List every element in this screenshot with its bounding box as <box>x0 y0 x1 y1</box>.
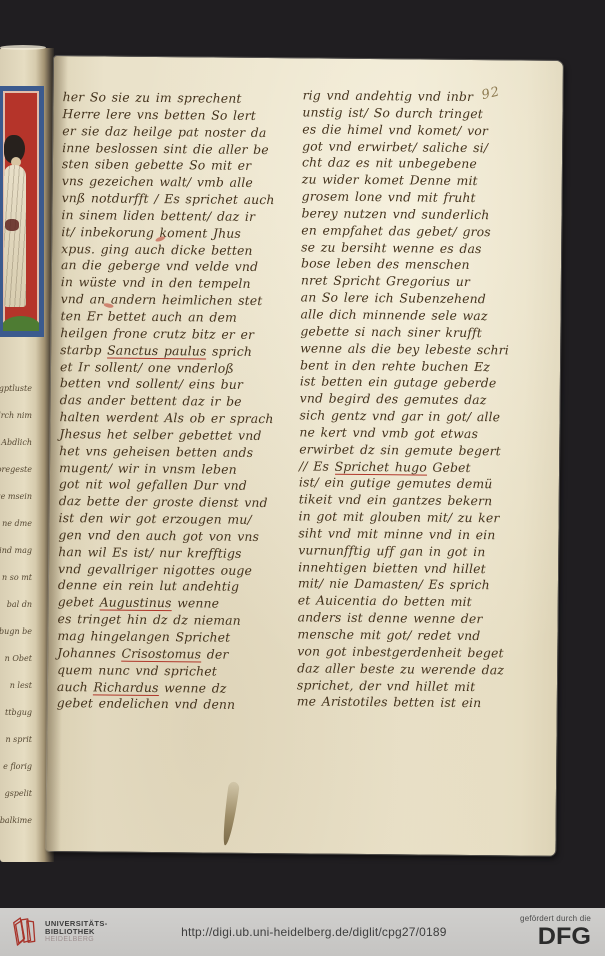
manuscript-line: zu wider komet Denne mit <box>302 172 528 191</box>
manuscript-scan-viewport: gptlustedrch nimAbdlichboregesteze msein… <box>0 0 605 956</box>
funding-block: gefördert durch die DFG <box>520 915 591 949</box>
manuscript-line: en empfahet das gebet/ gros <box>301 222 527 241</box>
manuscript-line: ten Er bettet auch an dem <box>60 308 298 327</box>
rubricated-name: Sprichet hugo <box>335 458 427 475</box>
manuscript-line: mag hingelangen Sprichet <box>57 628 295 647</box>
facing-page-fragment: bugn be <box>0 627 34 654</box>
manuscript-line: alle dich minnende sele waz <box>300 306 526 325</box>
rubricated-name: Richardus <box>93 679 158 696</box>
footer-bar: UNIVERSITÄTS- BIBLIOTHEK HEIDELBERG http… <box>0 908 605 956</box>
miniature-illumination <box>0 86 44 337</box>
library-books-icon <box>10 916 38 948</box>
manuscript-line: von got inbestgerdenheit beget <box>297 643 523 662</box>
library-name-line2: BIBLIOTHEK <box>45 928 108 936</box>
manuscript-line: siht vnd mit minne vnd in ein <box>298 525 524 544</box>
facing-page-fragment: n sprit <box>0 735 34 762</box>
facing-page-fragment: gptluste <box>0 384 34 411</box>
manuscript-line: starbp Sanctus paulus sprich <box>60 342 298 361</box>
manuscript-line: rig vnd andehtig vnd inbr <box>303 87 529 106</box>
manuscript-line: erwirbet dz sin gemute begert <box>299 441 525 460</box>
library-name-line3: HEIDELBERG <box>45 936 108 944</box>
source-url: http://digi.ub.uni-heidelberg.de/diglit/… <box>108 925 520 939</box>
manuscript-line: sprichet, der vnd hillet mit <box>297 677 523 696</box>
manuscript-line: gebet endelichen vnd denn <box>57 695 295 714</box>
miniature-figure-belt <box>5 219 19 231</box>
facing-page-fragment: e florig <box>0 762 34 789</box>
manuscript-line: in sinem liden bettent/ daz ir <box>61 207 299 226</box>
manuscript-line: gebette si nach siner krufft <box>300 323 526 342</box>
facing-page-fragment: gspelit <box>0 789 34 816</box>
text-column-left: her So sie zu im sprechentHerre lere vns… <box>57 89 301 714</box>
manuscript-line: me Aristotiles betten ist ein <box>297 694 523 713</box>
manuscript-line: daz aller beste zu werende daz <box>297 660 523 679</box>
manuscript-line: halten werdent Als ob er sprach <box>59 409 297 428</box>
manuscript-line: et Auicentia do betten mit <box>298 593 524 612</box>
funding-text: gefördert durch die <box>520 915 591 923</box>
manuscript-line: cht daz es nit unbegebene <box>302 155 528 174</box>
facing-page-top-edge <box>0 45 46 50</box>
manuscript-line: nret Spricht Gregorius ur <box>301 273 527 292</box>
facing-page-fragment: ind mag <box>0 546 34 573</box>
facing-page-fragment: drch nim <box>0 411 34 438</box>
facing-page-sliver: gptlustedrch nimAbdlichboregesteze msein… <box>0 48 54 862</box>
facing-page-fragment: n lest <box>0 681 34 708</box>
manuscript-line: vurnunfftig uff gan in got in <box>298 542 524 561</box>
manuscript-line: bose leben des menschen <box>301 256 527 275</box>
manuscript-line: quem nunc vnd sprichet <box>57 662 295 681</box>
manuscript-line: // Es Sprichet hugo Gebet <box>299 458 525 477</box>
rubricated-name: Augustinus <box>100 595 172 612</box>
rubricated-name: Sanctus paulus <box>107 342 206 359</box>
facing-page-fragment: balkime <box>0 816 34 843</box>
manuscript-line: in got mit glouben mit/ zu ker <box>299 508 525 527</box>
manuscript-line: grosem lone vnd mit fruht <box>302 188 528 207</box>
facing-page-fragment: Abdlich <box>0 438 34 465</box>
manuscript-line: vnß notdurfft / Es sprichet auch <box>62 190 300 209</box>
manuscript-line: han wil Es ist/ nur krefftigs <box>58 544 296 563</box>
manuscript-line: Jhesus het selber gebettet vnd <box>59 426 297 445</box>
manuscript-line: se zu bersiht wenne es das <box>301 239 527 258</box>
manuscript-line: innehtigen bietten vnd hillet <box>298 559 524 578</box>
manuscript-line: tikeit vnd ein gantzes bekern <box>299 492 525 511</box>
miniature-figure-robe <box>4 165 26 307</box>
facing-page-fragment: ze msein <box>0 492 34 519</box>
manuscript-line: ne kert vnd vmb got etwas <box>299 424 525 443</box>
manuscript-line: ist/ ein gutige gemutes demü <box>299 475 525 494</box>
manuscript-line: sich gentz vnd gar in got/ alle <box>299 407 525 426</box>
manuscript-line: wenne als die bey lebeste schri <box>300 340 526 359</box>
manuscript-line: berey nutzen vnd sunderlich <box>301 205 527 224</box>
ink-smudge-stain <box>221 781 240 846</box>
manuscript-line: mensche mit got/ redet vnd <box>297 626 523 645</box>
manuscript-line: bent in den rehte buchen Ez <box>300 357 526 376</box>
manuscript-line: es die himel vnd komet/ vor <box>302 121 528 140</box>
facing-page-text-fragments: gptlustedrch nimAbdlichboregesteze msein… <box>0 384 34 843</box>
manuscript-line: Johannes Crisostomus der <box>57 645 295 664</box>
manuscript-line: gen vnd den auch got von vns <box>58 527 296 546</box>
rubricated-name: Crisostomus <box>121 646 201 663</box>
manuscript-line: Herre lere vns betten So lert <box>62 106 300 125</box>
miniature-ground <box>1 316 41 331</box>
manuscript-line: heilgen frone crutz bitz er er <box>60 325 298 344</box>
library-logo: UNIVERSITÄTS- BIBLIOTHEK HEIDELBERG <box>10 916 108 948</box>
facing-page-fragment: boregeste <box>0 465 34 492</box>
manuscript-line: er sie daz heilge pat noster da <box>62 123 300 142</box>
manuscript-line: unstig ist/ So durch tringet <box>302 104 528 123</box>
manuscript-line: an So lere ich Subenzehend <box>301 290 527 309</box>
manuscript-line: anders ist denne wenne der <box>298 610 524 629</box>
library-logo-text: UNIVERSITÄTS- BIBLIOTHEK HEIDELBERG <box>45 920 108 945</box>
manuscript-line: it/ inbekorung koment Jhus <box>61 224 299 243</box>
facing-page-fragment: n Obet <box>0 654 34 681</box>
manuscript-line: ist betten ein gutage geberde <box>300 374 526 393</box>
manuscript-line: vnd begird des gemutes daz <box>300 391 526 410</box>
manuscript-line: got vnd erwirbet/ saliche si/ <box>302 138 528 157</box>
manuscript-line: het vns geheisen betten ands <box>59 443 297 462</box>
facing-page-fragment: ttbgug <box>0 708 34 735</box>
text-column-right: rig vnd andehtig vnd inbrunstig ist/ So … <box>297 87 529 712</box>
facing-page-fragment: ne dme <box>0 519 34 546</box>
manuscript-page: 92 her So sie zu im sprechentHerre lere … <box>46 56 563 856</box>
manuscript-line: mit/ nie Damasten/ Es sprich <box>298 576 524 595</box>
facing-page-fragment: bal dn <box>0 600 34 627</box>
facing-page-fragment: n so mt <box>0 573 34 600</box>
manuscript-line: her So sie zu im sprechent <box>63 89 301 108</box>
dfg-logo: DFG <box>516 925 591 949</box>
